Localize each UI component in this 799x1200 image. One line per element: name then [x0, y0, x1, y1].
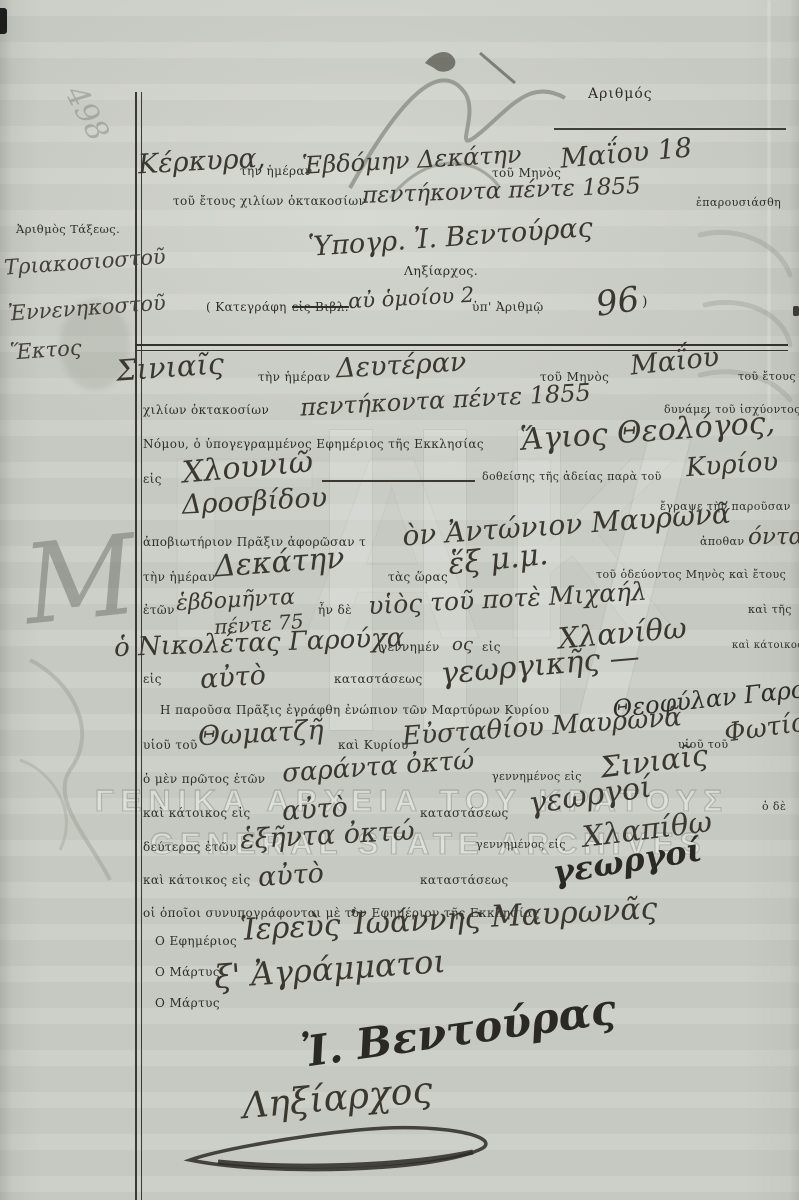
witness1-resident-label: καὶ κάτοικος εἰς [143, 806, 251, 820]
pencil-monogram: Μ [18, 510, 143, 649]
act-year-label2: χιλίων ὀκτακοσίων [143, 403, 269, 417]
death-day-label: τὴν ἡμέραν [143, 570, 216, 584]
witness1-father-hand: Θωματζῆ [197, 715, 324, 753]
first-age-label: ὁ μὲν πρῶτος ἐτῶν [143, 772, 265, 786]
priest-label: Ο Εφημέριος [155, 934, 237, 948]
witness1-son-of-label: υἱοῦ τοῦ [143, 738, 198, 752]
permission-label: δοθείσης τῆς ἀδείας παρὰ τοῦ [482, 470, 662, 483]
registrar-signature-top: Ὑπογρ. Ἰ. Βεντούρας [307, 212, 593, 263]
and-of-label: καὶ τῆς [748, 603, 792, 616]
act-day-label: τὴν ἡμέραν [258, 370, 331, 384]
status-label: καταστάσεως [334, 672, 423, 686]
was-label: ἦν δὲ [318, 603, 352, 617]
registered-struck-text: εἰς Βιβλ. [292, 300, 349, 314]
mister-hand: Κυρίου [685, 447, 779, 483]
under-number-label: ὑπ' Ἀριθμῷ [472, 300, 544, 314]
registered-number-hand: 96 [593, 279, 641, 325]
ink-bleed-scribble-right [690, 215, 799, 415]
signature-flourish [178, 1118, 508, 1180]
resident-at-label: εἰς [143, 672, 162, 686]
year-label: τοῦ ἔτους χιλίων ὀκτακοσίων [173, 194, 366, 208]
residence-hand: αὐτὸ [199, 660, 267, 696]
blank-filler-dash [322, 480, 475, 482]
order-number-label: Ἀριθμὸς Τάξεως. [16, 222, 120, 236]
registered-volume-hand: αὐ ὁμοίου 2 [347, 283, 474, 314]
act-place-hand: Σινιαῖς [115, 346, 225, 387]
hours-label: τὰς ὥρας [388, 570, 448, 584]
number-underline-rule [554, 128, 786, 130]
act-day-hand: Δευτέραν [335, 347, 467, 385]
witness1-status-label: καταστάσεως [420, 806, 509, 820]
born-suffix-hand: ος [452, 634, 473, 655]
witness2-residence-hand: αὐτὸ [257, 858, 325, 894]
witness2-born-label: γεννημένος εἰς [476, 838, 566, 851]
died-suffix-hand: όντα [748, 524, 799, 550]
pencil-note: 498 [58, 80, 116, 147]
died-label: ἀποθαν [700, 535, 744, 548]
act-year-label1: τοῦ ἔτους [738, 370, 796, 383]
age-label: ἐτῶν [143, 603, 175, 617]
ink-bleed-scribble-left [10, 640, 130, 900]
witness2-status-label: καταστάσεως [420, 873, 509, 887]
witness2-father-hand: Φωτίου [722, 705, 799, 748]
record-number-label: Αριθμός [588, 86, 653, 102]
witness-signature-label-2: Ο Μάρτυς [155, 996, 220, 1010]
priest-signature-hand: Ἱερεὺς Ἰωάννης Μαυρωνᾶς [239, 891, 658, 948]
registrar-signature-hand: Ἰ. Βεντούρας [298, 984, 619, 1077]
registrar-label: Ληξίαρχος. [404, 263, 478, 278]
scanned-death-record-page: ΓΑΚ ΓΕΝΙΚΑ ΑΡΧΕΙΑ ΤΟΥ ΚΡΑΤΟΥΣ GENERAL ST… [0, 0, 799, 1200]
resident-label: καὶ κάτοικος [732, 640, 799, 651]
registered-prefix: ( Κατεγράφη [206, 300, 287, 314]
at-label: εἰς [143, 472, 162, 486]
scan-edge-mark-top-left [0, 8, 7, 34]
registered-suffix: ) [642, 294, 648, 310]
act-law-label2: Νόμου, ὁ ὑπογεγραμμένος Εφημέριος τῆς Εκ… [143, 437, 484, 451]
second-age-label: δεύτερος ἐτῶν [143, 840, 237, 854]
witness2-resident-label: καὶ κάτοικος εἰς [143, 873, 251, 887]
witness-signature-label-1: Ο Μάρτυς [155, 965, 220, 979]
illiterate-note-hand: ξ' Ἀγράμματοι [213, 942, 447, 996]
order-number-hand-line3: Ἕκτος [9, 336, 82, 365]
presented-label: ἐπαρουσιάσθη [696, 196, 781, 209]
born-label: γεννημέν [380, 640, 440, 654]
second-label: ὁ δὲ [762, 800, 786, 813]
